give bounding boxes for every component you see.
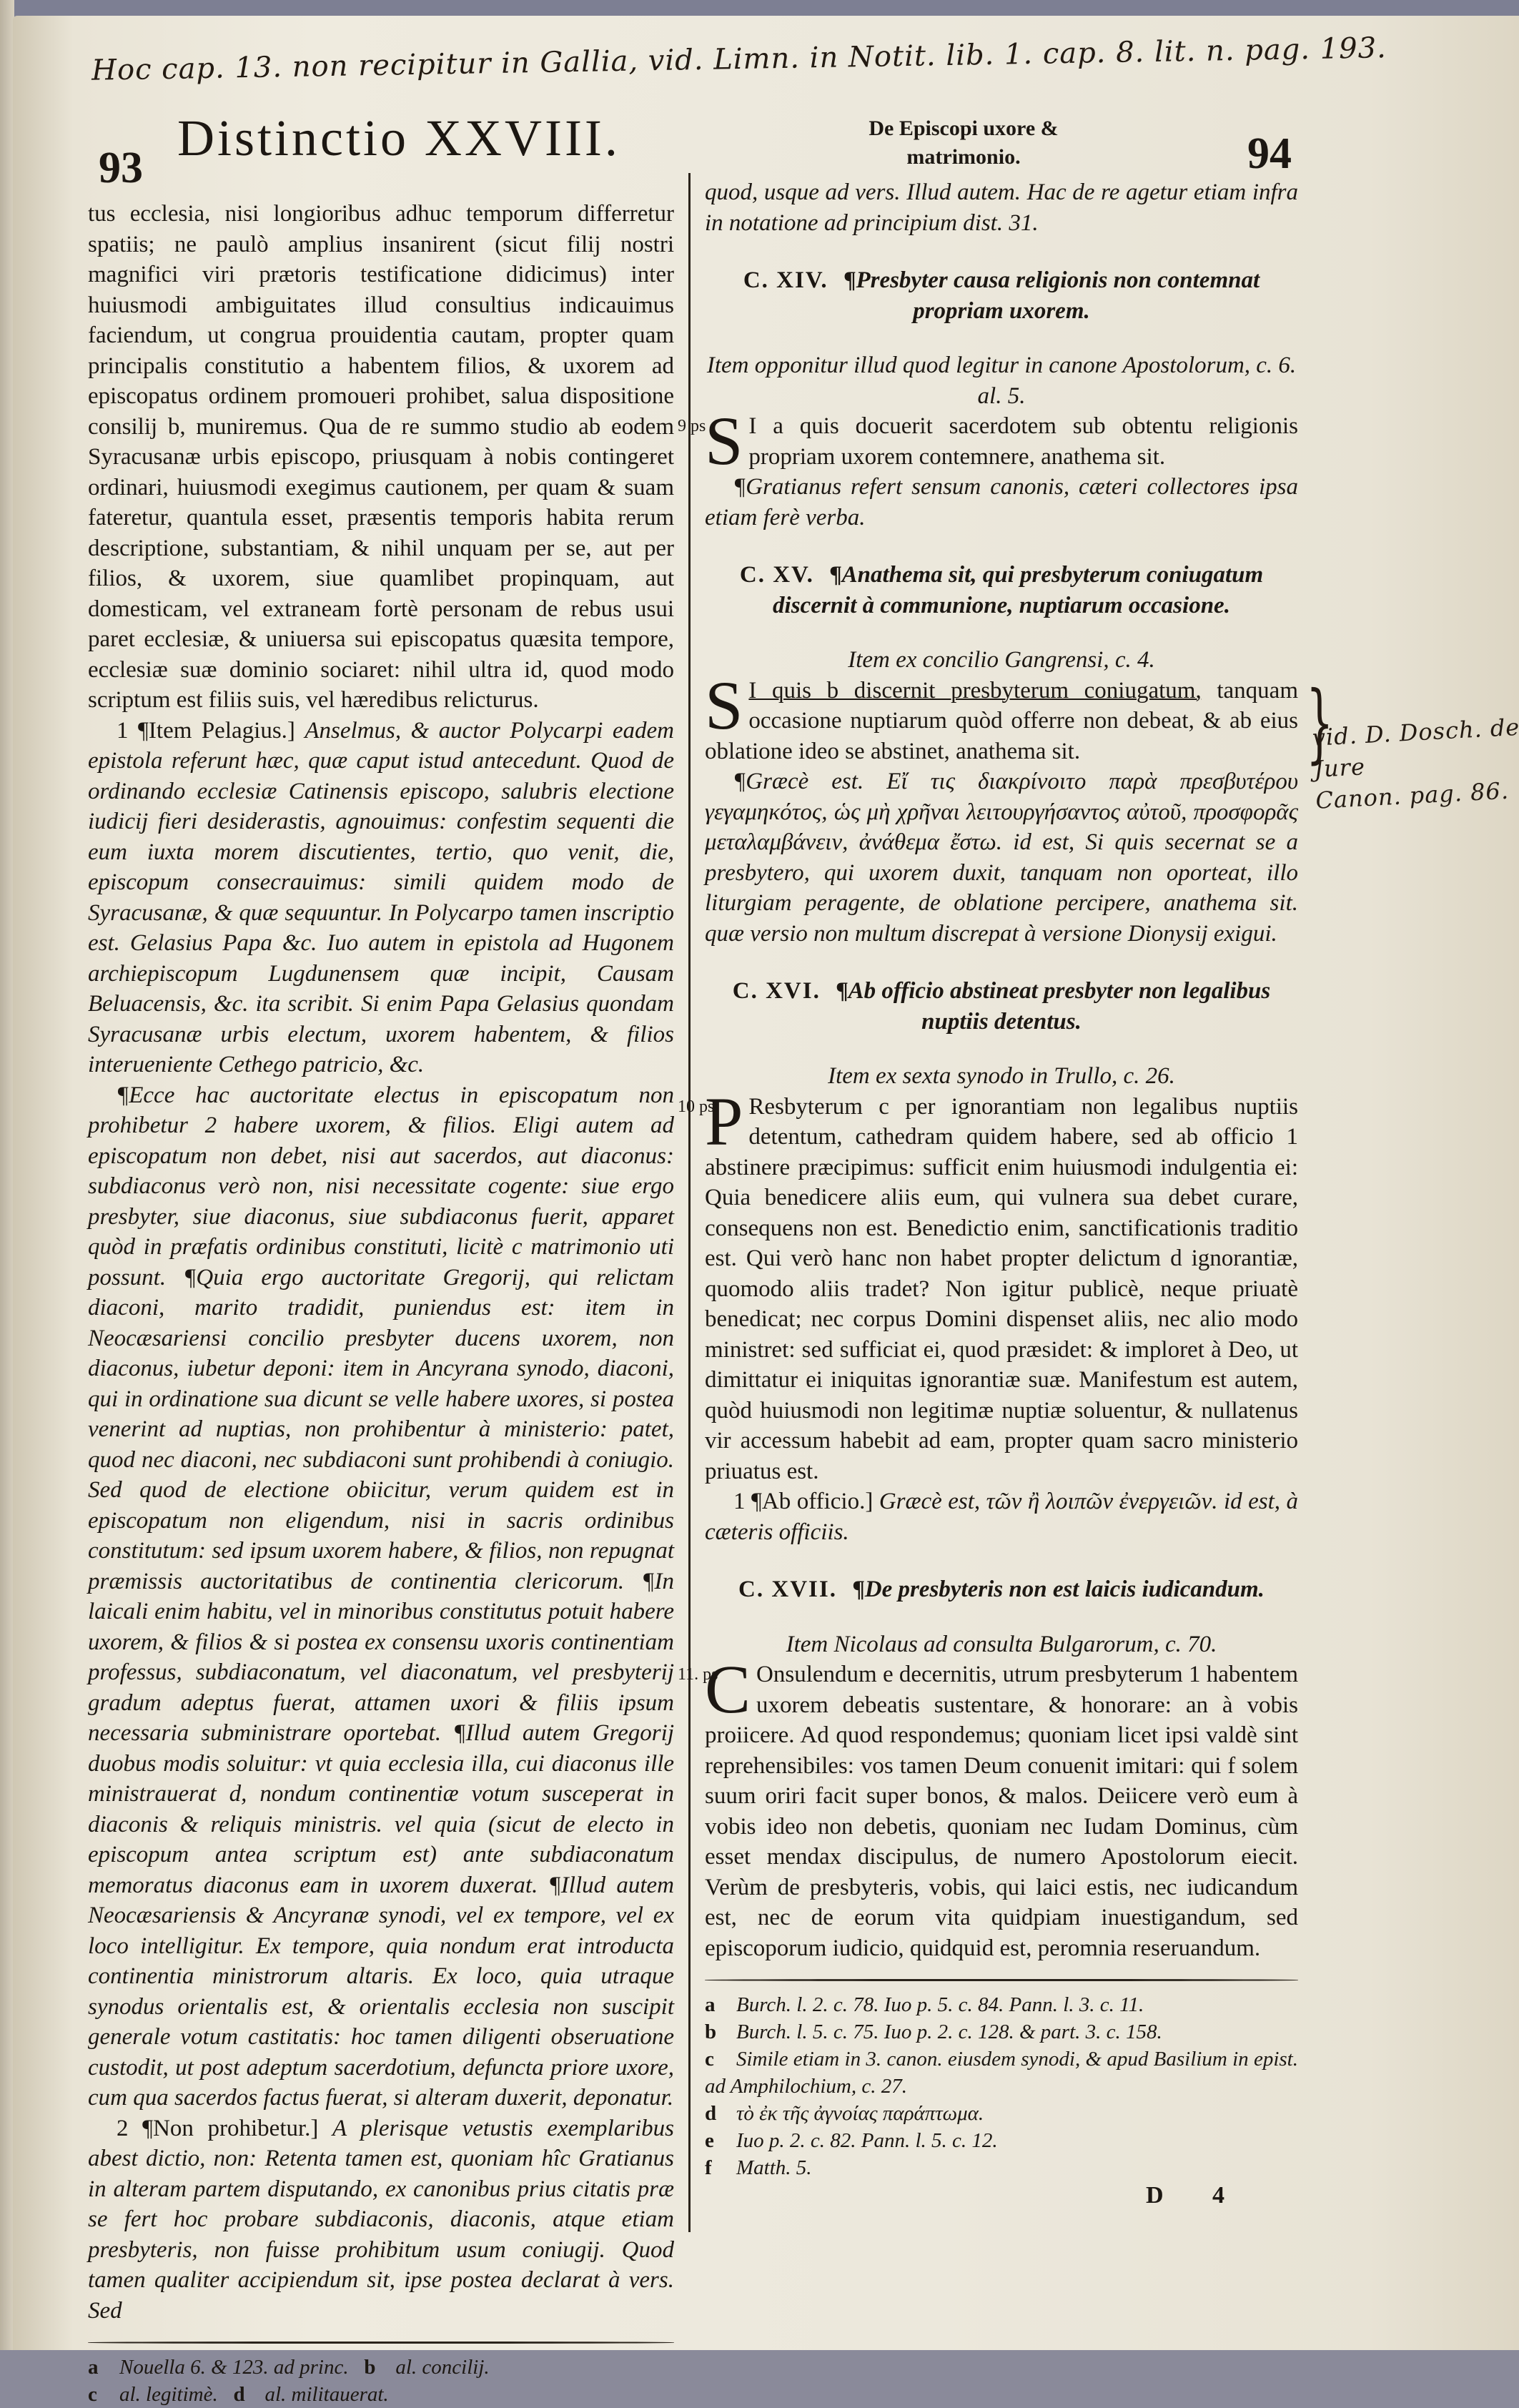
drop-cap: S <box>705 413 743 470</box>
note-text: Anselmus, & auctor Polycarpi eadem epist… <box>88 718 674 1078</box>
underlined-text: I quis b discernit presbyterum coniugatu… <box>748 678 1201 704</box>
canon-text: 9 ps S I a quis docuerit sacerdotem sub … <box>705 411 1298 472</box>
book-spine-shadow <box>0 0 14 2350</box>
chapter-heading-xv: C. XV. ¶Anathema sit, qui presbyterum co… <box>705 560 1298 621</box>
body-paragraph: tus ecclesia, nisi longioribus adhuc tem… <box>88 199 674 716</box>
running-subtitle: De Episcopi uxore & matrimonio. <box>821 114 1107 172</box>
canon-text: 11. ps C Onsulendum e decernitis, utrum … <box>705 1659 1298 1963</box>
footnote: fMatth. 5. <box>705 2154 1298 2181</box>
chapter-heading-xiv: C. XIV. ¶Presbyter causa religionis non … <box>705 265 1298 326</box>
continuation-text: quod, usque ad vers. Illud autem. Hac de… <box>705 177 1298 238</box>
handwritten-top-note: Hoc cap. 13. non recipitur in Gallia, vi… <box>91 31 1387 87</box>
chapter-inscription: Item opponitur illud quod legitur in can… <box>705 350 1298 411</box>
column-divider <box>688 173 691 2232</box>
background-edge <box>0 0 1519 17</box>
note-label: 2 ¶Non prohibetur.] <box>117 2116 318 2141</box>
chapter-inscription: Item ex sexta synodo in Trullo, c. 26. <box>705 1061 1298 1092</box>
note-2: 2 ¶Non prohibetur.] A plerisque vetustis… <box>88 2113 674 2326</box>
running-title: Distinctio XXVIII. <box>177 109 620 168</box>
chapter-heading-xvi: C. XVI. ¶Ab officio abstineat presbyter … <box>705 976 1298 1037</box>
footnote-rule <box>705 1979 1298 1981</box>
note-1: 1 ¶Item Pelagius.] Anselmus, & auctor Po… <box>88 716 674 1080</box>
footnote: bBurch. l. 5. c. 75. Iuo p. 2. c. 128. &… <box>705 2018 1298 2046</box>
chapter-heading-xvii: C. XVII. ¶De presbyteris non est laicis … <box>705 1574 1298 1605</box>
note-label: 1 ¶Item Pelagius.] <box>117 718 295 744</box>
canon-text: S I quis b discernit presbyterum coniuga… <box>705 676 1298 767</box>
drop-cap: S <box>705 677 743 734</box>
chapter-inscription: Item ex concilio Gangrensi, c. 4. <box>705 645 1298 676</box>
chapter-inscription: Item Nicolaus ad consulta Bulgarorum, c.… <box>705 1629 1298 1660</box>
chapter-note: 1 ¶Ab officio.] Græcè est, τῶν ἢ λοιπῶν … <box>705 1486 1298 1547</box>
footnote: eIuo p. 2. c. 82. Pann. l. 5. c. 12. <box>705 2127 1298 2154</box>
book-page: Hoc cap. 13. non recipitur in Gallia, vi… <box>13 16 1519 2350</box>
footnotes-right: aBurch. l. 2. c. 78. Iuo p. 5. c. 84. Pa… <box>705 1991 1298 2181</box>
folio-number-right: 94 <box>1247 129 1292 179</box>
note-text: A plerisque vetustis exemplaribus abest … <box>88 2116 674 2324</box>
footnote: dτὸ ἐκ τῆς ἀγνοίας παράπτωμα. <box>705 2100 1298 2127</box>
signature-mark: D 4 <box>1146 2182 1246 2209</box>
left-column: tus ecclesia, nisi longioribus adhuc tem… <box>88 199 674 2350</box>
footnote-rule <box>88 2342 674 2344</box>
canon-text: 10 ps P Resbyterum c per ignorantiam non… <box>705 1092 1298 1487</box>
handwritten-side-note: vid. D. Dosch. de Jure Canon. pag. 86. <box>1312 711 1519 816</box>
right-column: quod, usque ad vers. Illud autem. Hac de… <box>705 177 1298 2181</box>
footnote: cSimile etiam in 3. canon. eiusdem synod… <box>705 2046 1298 2100</box>
chapter-gloss: ¶Græcè est. Εἴ τις διακρίνοιτο παρὰ πρεσ… <box>705 766 1298 949</box>
gratian-gloss: ¶Ecce hac auctoritate electus in episcop… <box>88 1080 674 2113</box>
chapter-gloss: ¶Gratianus refert sensum canonis, cæteri… <box>705 472 1298 533</box>
folio-number-left: 93 <box>99 143 143 194</box>
footnote: aBurch. l. 2. c. 78. Iuo p. 5. c. 84. Pa… <box>705 1991 1298 2018</box>
